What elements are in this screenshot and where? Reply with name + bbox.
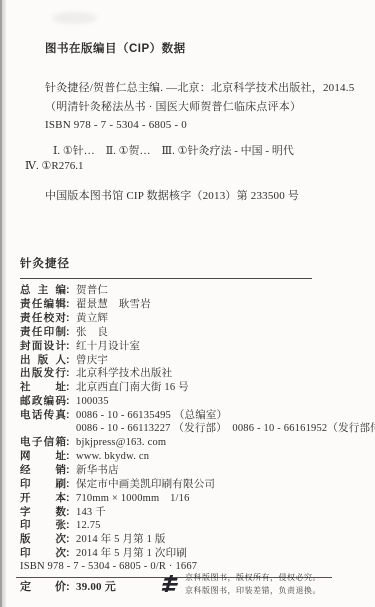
colophon: 针灸捷径 总主编:贺普仁责任编辑:翟景慧 耿雪岩责任校对:黄立辉责任印制:张 良… [20, 255, 360, 594]
cip-line-title: 针灸捷径/贺普仁总主编. —北京：北京科学技术出版社，2014.5 [45, 79, 363, 98]
row-value: 黄立辉 [76, 313, 108, 326]
row-colon: : [66, 519, 76, 532]
row-label: 责任印制 [20, 326, 66, 339]
row-colon: : [66, 450, 76, 463]
colophon-row: 社址:北京西直门南大街 16 号 [20, 381, 360, 395]
row-value: 张 良 [76, 327, 108, 340]
row-label: 印刷 [20, 478, 66, 491]
colophon-row: 印张:12.75 [20, 519, 360, 533]
colophon-row: 电子信箱:bjkjpress@163. com [20, 436, 360, 450]
row-colon: : [66, 395, 76, 408]
cip-line-series: （明清针灸秘法丛书 · 国医大师贺普仁临床点评本） [45, 98, 363, 117]
row-colon: : [66, 409, 76, 422]
colophon-row: 邮政编码:100035 [20, 395, 360, 409]
row-value: 100035 [76, 396, 109, 409]
scan-edge-line [0, 0, 2, 607]
row-colon: : [66, 354, 76, 367]
row-label: 社址 [20, 381, 66, 394]
colophon-row: 字数:143 千 [20, 506, 360, 520]
row-label: 开本 [20, 492, 66, 505]
row-value: 12.75 [76, 520, 101, 533]
colophon-row: 出版发行:北京科学技术出版社 [20, 367, 360, 381]
cip-record-block: 针灸捷径/贺普仁总主编. —北京：北京科学技术出版社，2014.5 （明清针灸秘… [45, 79, 363, 135]
row-colon: : [66, 340, 76, 353]
row-colon: : [66, 367, 76, 380]
row-value: 0086 - 10 - 66135495 （总编室） [76, 410, 227, 423]
book-copyright-page: 图书在版编目（CIP）数据 针灸捷径/贺普仁总主编. —北京：北京科学技术出版社… [0, 0, 375, 607]
colophon-row: 责任校对:黄立辉 [20, 312, 360, 326]
price-value: 39.00 元 [76, 581, 116, 594]
row-label: 总主编 [20, 284, 66, 297]
row-label: 出版发行 [20, 367, 66, 380]
row-colon: : [66, 298, 76, 311]
price-label: 定价 [20, 581, 66, 594]
row-colon: : [66, 284, 76, 297]
colophon-row: 总主编:贺普仁 [20, 284, 360, 298]
colophon-row: 印刷:保定市中画美凯印刷有限公司 [20, 478, 360, 492]
row-colon: : [66, 326, 76, 339]
cip-record-number: 中国版本图书馆 CIP 数据核字（2013）第 233500 号 [45, 187, 299, 203]
colophon-row: 版次:2014 年 5 月第 1 版 [20, 533, 360, 547]
row-label: 版次 [20, 533, 66, 546]
colophon-rows: 总主编:贺普仁责任编辑:翟景慧 耿雪岩责任校对:黄立辉责任印制:张 良封面设计:… [20, 284, 360, 561]
colophon-row: 责任印制:张 良 [20, 326, 360, 340]
scan-smudge [52, 12, 97, 24]
row-label: 印张 [20, 519, 66, 532]
cip-classification-line1: Ⅰ. ①针… Ⅱ. ①贺… Ⅲ. ①针灸疗法 - 中国 - 明代 [53, 142, 294, 158]
row-label: 字数 [20, 506, 66, 519]
row-value: bjkjpress@163. com [76, 437, 166, 450]
beijing-science-press-logo [158, 574, 180, 593]
colophon-row: 电话传真:0086 - 10 - 66135495 （总编室） [20, 409, 360, 423]
colophon-row: 封面设计:红十月设计室 [20, 340, 360, 354]
row-value: 新华书店 [76, 465, 119, 478]
colophon-row: 网址:www. bkydw. cn [20, 450, 360, 464]
row-label: 责任编辑 [20, 298, 66, 311]
colophon-row: 责任编辑:翟景慧 耿雪岩 [20, 298, 360, 312]
book-title: 针灸捷径 [20, 255, 312, 279]
row-value: 143 千 [76, 507, 106, 520]
copyright-note: 京科版图书，版权所有，侵权必究。 [185, 571, 321, 584]
row-value: 北京科学技术出版社 [76, 368, 172, 381]
cip-heading: 图书在版编目（CIP）数据 [45, 40, 186, 56]
row-colon: : [66, 547, 76, 560]
row-value: 2014 年 5 月第 1 版 [76, 534, 166, 547]
row-value: 贺普仁 [76, 285, 108, 298]
colophon-row: 印次:2014 年 5 月第 1 次印刷 [20, 547, 360, 561]
colophon-row: 出版人:曾庆宇 [20, 354, 360, 368]
row-value: 北京西直门南大街 16 号 [76, 382, 189, 395]
row-label: 封面设计 [20, 340, 66, 353]
colophon-row: 经销:新华书店 [20, 464, 360, 478]
returns-note: 京科版图书，印装差错，负责退换。 [185, 584, 321, 597]
row-label: 经销 [20, 464, 66, 477]
row-value: 0086 - 10 - 66113227 （发行部） 0086 - 10 - 6… [76, 423, 375, 436]
cip-line-isbn: ISBN 978 - 7 - 5304 - 6805 - 0 [45, 116, 363, 135]
row-label: 出版人 [20, 354, 66, 367]
row-label: 责任校对 [20, 312, 66, 325]
row-label: 网址 [20, 450, 66, 463]
row-value: 710mm × 1000mm 1/16 [76, 493, 190, 506]
row-label: 邮政编码 [20, 395, 66, 408]
publisher-footer: 京科版图书，版权所有，侵权必究。 京科版图书，印装差错，负责退换。 [158, 571, 321, 597]
colophon-row: 0086 - 10 - 66113227 （发行部） 0086 - 10 - 6… [20, 423, 360, 436]
row-value: 红十月设计室 [76, 341, 140, 354]
row-colon: : [66, 464, 76, 477]
cip-classification-line2: Ⅳ. ①R276.1 [25, 159, 83, 172]
price-colon: : [66, 581, 76, 594]
row-colon: : [66, 436, 76, 449]
row-value: 翟景慧 耿雪岩 [76, 299, 151, 312]
row-label: 印次 [20, 547, 66, 560]
row-value: 2014 年 5 月第 1 次印刷 [76, 548, 187, 561]
row-colon: : [66, 506, 76, 519]
row-colon: : [66, 381, 76, 394]
row-value: 保定市中画美凯印刷有限公司 [76, 479, 215, 492]
row-colon: : [66, 478, 76, 491]
colophon-row: 开本:710mm × 1000mm 1/16 [20, 492, 360, 506]
row-colon: : [66, 312, 76, 325]
row-colon: : [66, 533, 76, 546]
row-value: www. bkydw. cn [76, 451, 149, 464]
row-label: 电子信箱 [20, 436, 66, 449]
row-colon: : [66, 492, 76, 505]
row-value: 曾庆宇 [76, 355, 108, 368]
legal-notes: 京科版图书，版权所有，侵权必究。 京科版图书，印装差错，负责退换。 [185, 571, 321, 597]
row-label: 电话传真 [20, 409, 66, 422]
